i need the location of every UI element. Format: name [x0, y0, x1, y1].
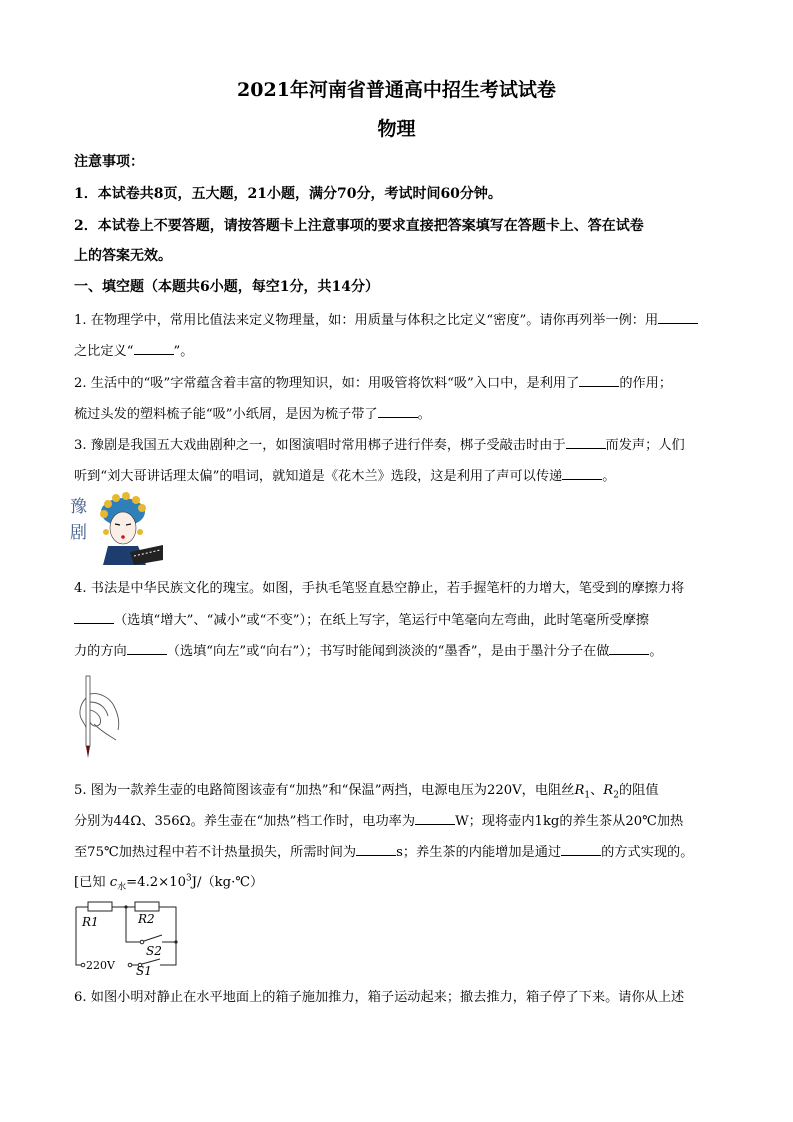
q1-text: ”。: [174, 344, 194, 359]
exam-title: 2021年河南省普通高中招生考试试卷: [0, 75, 793, 102]
svg-text:剧: 剧: [70, 523, 87, 543]
r2-label: R2: [137, 912, 155, 926]
question-5-line-1: 5. 图为一款养生壶的电路简图该壶有“加热”和“保温”两挡，电源电压为220V，…: [74, 779, 724, 801]
question-4-line-3: 力的方向（选填“向左”或“向右”）；书写时能闻到淡淡的“墨香”，是由于墨汁分子在…: [74, 640, 724, 659]
q4-text: （选填“向左”或“向右”）；书写时能闻到淡淡的“墨香”，是由于墨汁分子在做: [167, 644, 610, 659]
q4-text: 力的方向: [74, 644, 127, 659]
answer-blank[interactable]: [378, 405, 418, 418]
answer-blank[interactable]: [579, 374, 619, 387]
notice-item-2: 2．本试卷上不要答题，请按答题卡上注意事项的要求直接把答案填写在答题卡上、答在试…: [74, 215, 724, 235]
answer-blank[interactable]: [127, 642, 167, 655]
q1-text: 之比定义“: [74, 344, 134, 359]
specific-heat-symbol: c: [110, 875, 117, 890]
notice-item-1: 1．本试卷共8页，五大题，21小题，满分70分，考试时间60分钟。: [74, 183, 724, 203]
water-subscript: 水: [117, 883, 126, 893]
question-2-line-2: 梳过头发的塑料梳子能“吸”小纸屑，是因为梳子带了。: [74, 403, 724, 422]
q5-text: W；现将壶内1kg的养生茶从20℃加热: [455, 814, 683, 829]
question-1-line-2: 之比定义“”。: [74, 340, 724, 359]
voltage-label: 220V: [86, 959, 116, 972]
q5-text: 的阻值: [619, 783, 659, 798]
q3-text: 听到“刘大哥讲话理太偏”的唱词，就知道是《花木兰》选段，这是利用了声可以传递: [74, 469, 562, 484]
s1-label: S1: [136, 964, 152, 975]
answer-blank[interactable]: [74, 611, 114, 624]
answer-blank[interactable]: [562, 467, 602, 480]
circuit-diagram: R1 R2 S2 220V S1: [72, 897, 187, 975]
svg-text:豫: 豫: [70, 497, 87, 517]
q5-text: [已知: [74, 875, 110, 890]
question-4-line-2: （选填“增大”、“减小”或“不变”）；在纸上写字，笔运行中笔毫向左弯曲，此时笔毫…: [74, 609, 724, 628]
q2-text: 梳过头发的塑料梳子能“吸”小纸屑，是因为梳子带了: [74, 407, 378, 422]
answer-blank[interactable]: [561, 843, 601, 856]
question-1-line-1: 1. 在物理学中，常用比值法来定义物理量，如：用质量与体积之比定义“密度”。请你…: [74, 309, 724, 328]
q5-text: s；养生茶的内能增加是通过: [396, 845, 561, 860]
question-4-line-1: 4. 书法是中华民族文化的瑰宝。如图，手执毛笔竖直悬空静止，若手握笔杆的力增大，…: [74, 577, 724, 596]
q5-text: 至75℃加热过程中若不计热量损失，所需时间为: [74, 845, 356, 860]
section-heading: 一、填空题（本题共6小题，每空1分，共14分）: [74, 276, 724, 296]
q4-text: 。: [649, 644, 662, 659]
r2-symbol: R: [603, 783, 613, 798]
notice-item-2-cont: 上的答案无效。: [74, 245, 724, 265]
answer-blank[interactable]: [609, 642, 649, 655]
answer-blank[interactable]: [415, 812, 455, 825]
r1-symbol: R: [574, 783, 584, 798]
question-2-line-1: 2. 生活中的“吸”字常蕴含着丰富的物理知识，如：用吸管将饮料“吸”入口中，是利…: [74, 372, 724, 391]
q3-text: 而发声；人们: [606, 438, 685, 453]
r1-resistor: [88, 902, 112, 911]
question-3-line-2: 听到“刘大哥讲话理太偏”的唱词，就知道是《花木兰》选段，这是利用了声可以传递。: [74, 465, 724, 484]
q5-text: J/（kg·℃）: [192, 875, 263, 890]
yuju-opera-image: 豫 剧: [68, 490, 168, 565]
q5-text: 分别为44Ω、356Ω。养生壶在“加热”档工作时，电功率为: [74, 814, 415, 829]
q5-text: 的方式实现的。: [601, 845, 693, 860]
question-6-line-1: 6. 如图小明对静止在水平地面上的箱子施加推力，箱子运动起来；撤去推力，箱子停了…: [74, 986, 724, 1005]
q4-text: （选填“增大”、“减小”或“不变”）；在纸上写字，笔运行中笔毫向左弯曲，此时笔毫…: [114, 613, 649, 628]
q2-text: 。: [418, 407, 431, 422]
q5-text: =4.2×10: [126, 875, 186, 890]
question-3-line-1: 3. 豫剧是我国五大戏曲剧种之一，如图演唱时常用梆子进行伴奏，梆子受敲击时由于而…: [74, 434, 724, 453]
question-5-line-2: 分别为44Ω、356Ω。养生壶在“加热”档工作时，电功率为W；现将壶内1kg的养…: [74, 810, 724, 829]
r1-label: R1: [81, 915, 99, 929]
r2-resistor: [135, 902, 159, 911]
q6-text: 6. 如图小明对静止在水平地面上的箱子施加推力，箱子运动起来；撤去推力，箱子停了…: [74, 990, 684, 1005]
q4-text: 4. 书法是中华民族文化的瑰宝。如图，手执毛笔竖直悬空静止，若手握笔杆的力增大，…: [74, 581, 684, 596]
q5-text: 、: [590, 783, 603, 798]
answer-blank[interactable]: [356, 843, 396, 856]
answer-blank[interactable]: [134, 342, 174, 355]
q3-text: 3. 豫剧是我国五大戏曲剧种之一，如图演唱时常用梆子进行伴奏，梆子受敲击时由于: [74, 438, 566, 453]
s2-label: S2: [146, 944, 162, 958]
q2-text: 2. 生活中的“吸”字常蕴含着丰富的物理知识，如：用吸管将饮料“吸”入口中，是利…: [74, 376, 579, 391]
question-5-line-4: [已知 c水=4.2×103J/（kg·℃）: [74, 871, 724, 893]
q3-text: 。: [602, 469, 615, 484]
brush-hand-image: [70, 674, 130, 762]
q5-text: 5. 图为一款养生壶的电路简图该壶有“加热”和“保温”两挡，电源电压为220V，…: [74, 783, 574, 798]
notice-heading: 注意事项：: [74, 151, 724, 171]
answer-blank[interactable]: [566, 436, 606, 449]
exam-page: 2021年河南省普通高中招生考试试卷 物理 注意事项： 1．本试卷共8页，五大题…: [0, 0, 793, 1122]
answer-blank[interactable]: [658, 311, 698, 324]
question-5-line-3: 至75℃加热过程中若不计热量损失，所需时间为s；养生茶的内能增加是通过的方式实现…: [74, 841, 724, 860]
subject-title: 物理: [0, 114, 793, 141]
q1-text: 1. 在物理学中，常用比值法来定义物理量，如：用质量与体积之比定义“密度”。请你…: [74, 313, 658, 328]
q2-text: 的作用；: [619, 376, 672, 391]
